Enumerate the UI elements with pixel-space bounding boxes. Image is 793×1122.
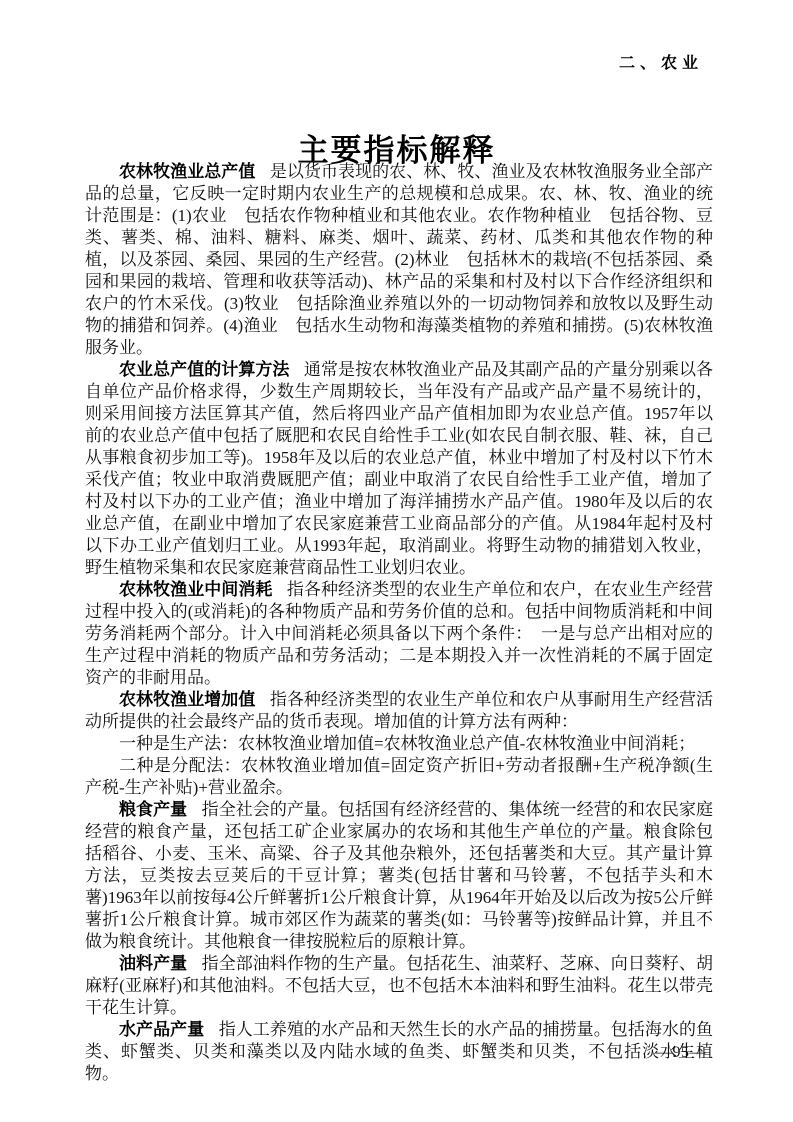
paragraph: 粮食产量指全社会的产量。包括国有经济经营的、集体统一经营的和农民家庭经营的粮食产… — [85, 799, 713, 953]
paragraph: 水产品产量指人工养殖的水产品和天然生长的水产品的捕捞量。包括海水的鱼类、虾蟹类、… — [85, 1019, 713, 1085]
paragraph-text: 指全社会的产量。包括国有经济经营的、集体统一经营的和农民家庭经营的粮食产量，还包… — [85, 800, 713, 951]
term-label: 粮食产量 — [119, 800, 187, 819]
paragraph-text: 是以货币表现的农、林、牧、渔业及农林牧渔服务业全部产品的总量，它反映一定时期内农… — [85, 162, 713, 357]
term-label: 农林牧渔业增加值 — [119, 690, 255, 709]
chapter-running-head: 二、农业 — [619, 50, 703, 73]
paragraph-formula: 一种是生产法：农林牧渔业增加值=农林牧渔业总产值-农林牧渔业中间消耗； — [85, 733, 713, 755]
body-text: 农林牧渔业总产值是以货币表现的农、林、牧、渔业及农林牧渔服务业全部产品的总量，它… — [85, 161, 713, 1085]
term-label: 油料产量 — [119, 954, 187, 973]
term-label: 农林牧渔业总产值 — [119, 162, 255, 181]
paragraph-text: 一种是生产法：农林牧渔业增加值=农林牧渔业总产值-农林牧渔业中间消耗； — [119, 734, 695, 753]
document-page: 二、农业 主要指标解释 农林牧渔业总产值是以货币表现的农、林、牧、渔业及农林牧渔… — [0, 0, 793, 1122]
paragraph-text: 通常是按农林牧渔业产品及其副产品的产量分别乘以各自单位产品价格求得，少数生产周期… — [85, 360, 713, 577]
paragraph-formula: 二种是分配法：农林牧渔业增加值=固定资产折旧+劳动者报酬+生产税净额(生产税-生… — [85, 755, 713, 799]
page-number: —95— — [656, 1044, 706, 1062]
term-label: 水产品产量 — [119, 1020, 204, 1039]
term-label: 农林牧渔业中间消耗 — [119, 580, 272, 599]
paragraph: 油料产量指全部油料作物的生产量。包括花生、油菜籽、芝麻、向日葵籽、胡麻籽(亚麻籽… — [85, 953, 713, 1019]
paragraph: 农林牧渔业中间消耗指各种经济类型的农业生产单位和农户，在农业生产经营过程中投入的… — [85, 579, 713, 689]
paragraph: 农林牧渔业总产值是以货币表现的农、林、牧、渔业及农林牧渔服务业全部产品的总量，它… — [85, 161, 713, 359]
term-label: 农业总产值的计算方法 — [119, 360, 289, 379]
paragraph-text: 二种是分配法：农林牧渔业增加值=固定资产折旧+劳动者报酬+生产税净额(生产税-生… — [85, 756, 713, 797]
paragraph: 农业总产值的计算方法通常是按农林牧渔业产品及其副产品的产量分别乘以各自单位产品价… — [85, 359, 713, 579]
paragraph: 农林牧渔业增加值指各种经济类型的农业生产单位和农户从事耐用生产经营活动所提供的社… — [85, 689, 713, 733]
